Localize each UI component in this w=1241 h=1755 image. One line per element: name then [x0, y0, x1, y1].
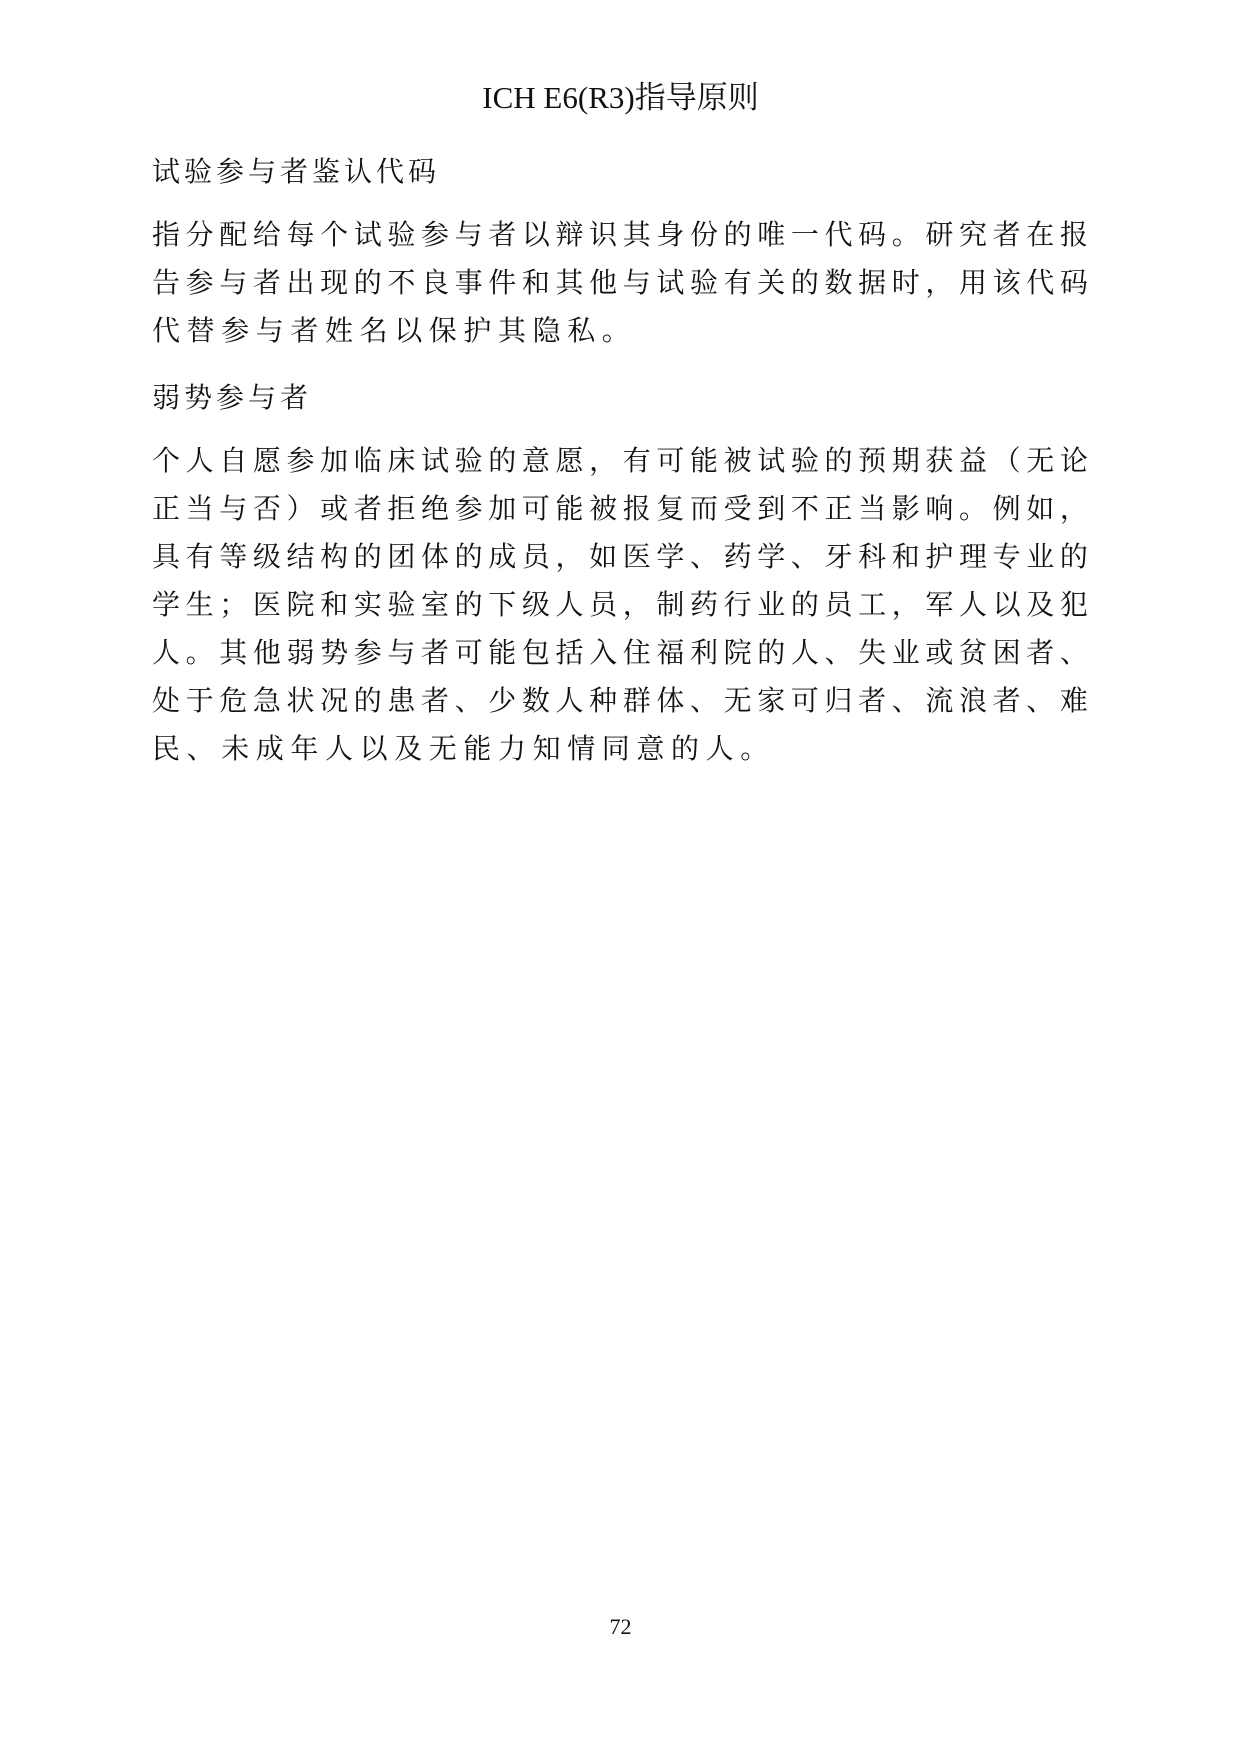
section-definition-vulnerable-participants: 个人自愿参加临床试验的意愿，有可能被试验的预期获益（无论 正当与否）或者拒绝参加… — [152, 437, 1088, 773]
section-term-vulnerable-participants: 弱势参与者 — [152, 378, 312, 418]
definition-line: 正当与否）或者拒绝参加可能被报复而受到不正当影响。例如， — [152, 485, 1088, 533]
definition-line: 代替参与者姓名以保护其隐私。 — [152, 307, 1088, 355]
definition-line: 人。其他弱势参与者可能包括入住福利院的人、失业或贫困者、 — [152, 629, 1088, 677]
page-header-title: ICH E6(R3)指导原则 — [0, 76, 1241, 120]
definition-line: 告参与者出现的不良事件和其他与试验有关的数据时，用该代码 — [152, 259, 1088, 307]
document-page: ICH E6(R3)指导原则 试验参与者鉴认代码 指分配给每个试验参与者以辩识其… — [0, 0, 1241, 1755]
section-term-participant-id-code: 试验参与者鉴认代码 — [152, 152, 440, 192]
section-definition-participant-id-code: 指分配给每个试验参与者以辩识其身份的唯一代码。研究者在报 告参与者出现的不良事件… — [152, 211, 1088, 355]
definition-line: 指分配给每个试验参与者以辩识其身份的唯一代码。研究者在报 — [152, 211, 1088, 259]
definition-line: 民、未成年人以及无能力知情同意的人。 — [152, 725, 1088, 773]
definition-line: 具有等级结构的团体的成员，如医学、药学、牙科和护理专业的 — [152, 533, 1088, 581]
page-number: 72 — [0, 1612, 1241, 1642]
definition-line: 处于危急状况的患者、少数人种群体、无家可归者、流浪者、难 — [152, 677, 1088, 725]
definition-line: 学生；医院和实验室的下级人员，制药行业的员工，军人以及犯 — [152, 581, 1088, 629]
definition-line: 个人自愿参加临床试验的意愿，有可能被试验的预期获益（无论 — [152, 437, 1088, 485]
